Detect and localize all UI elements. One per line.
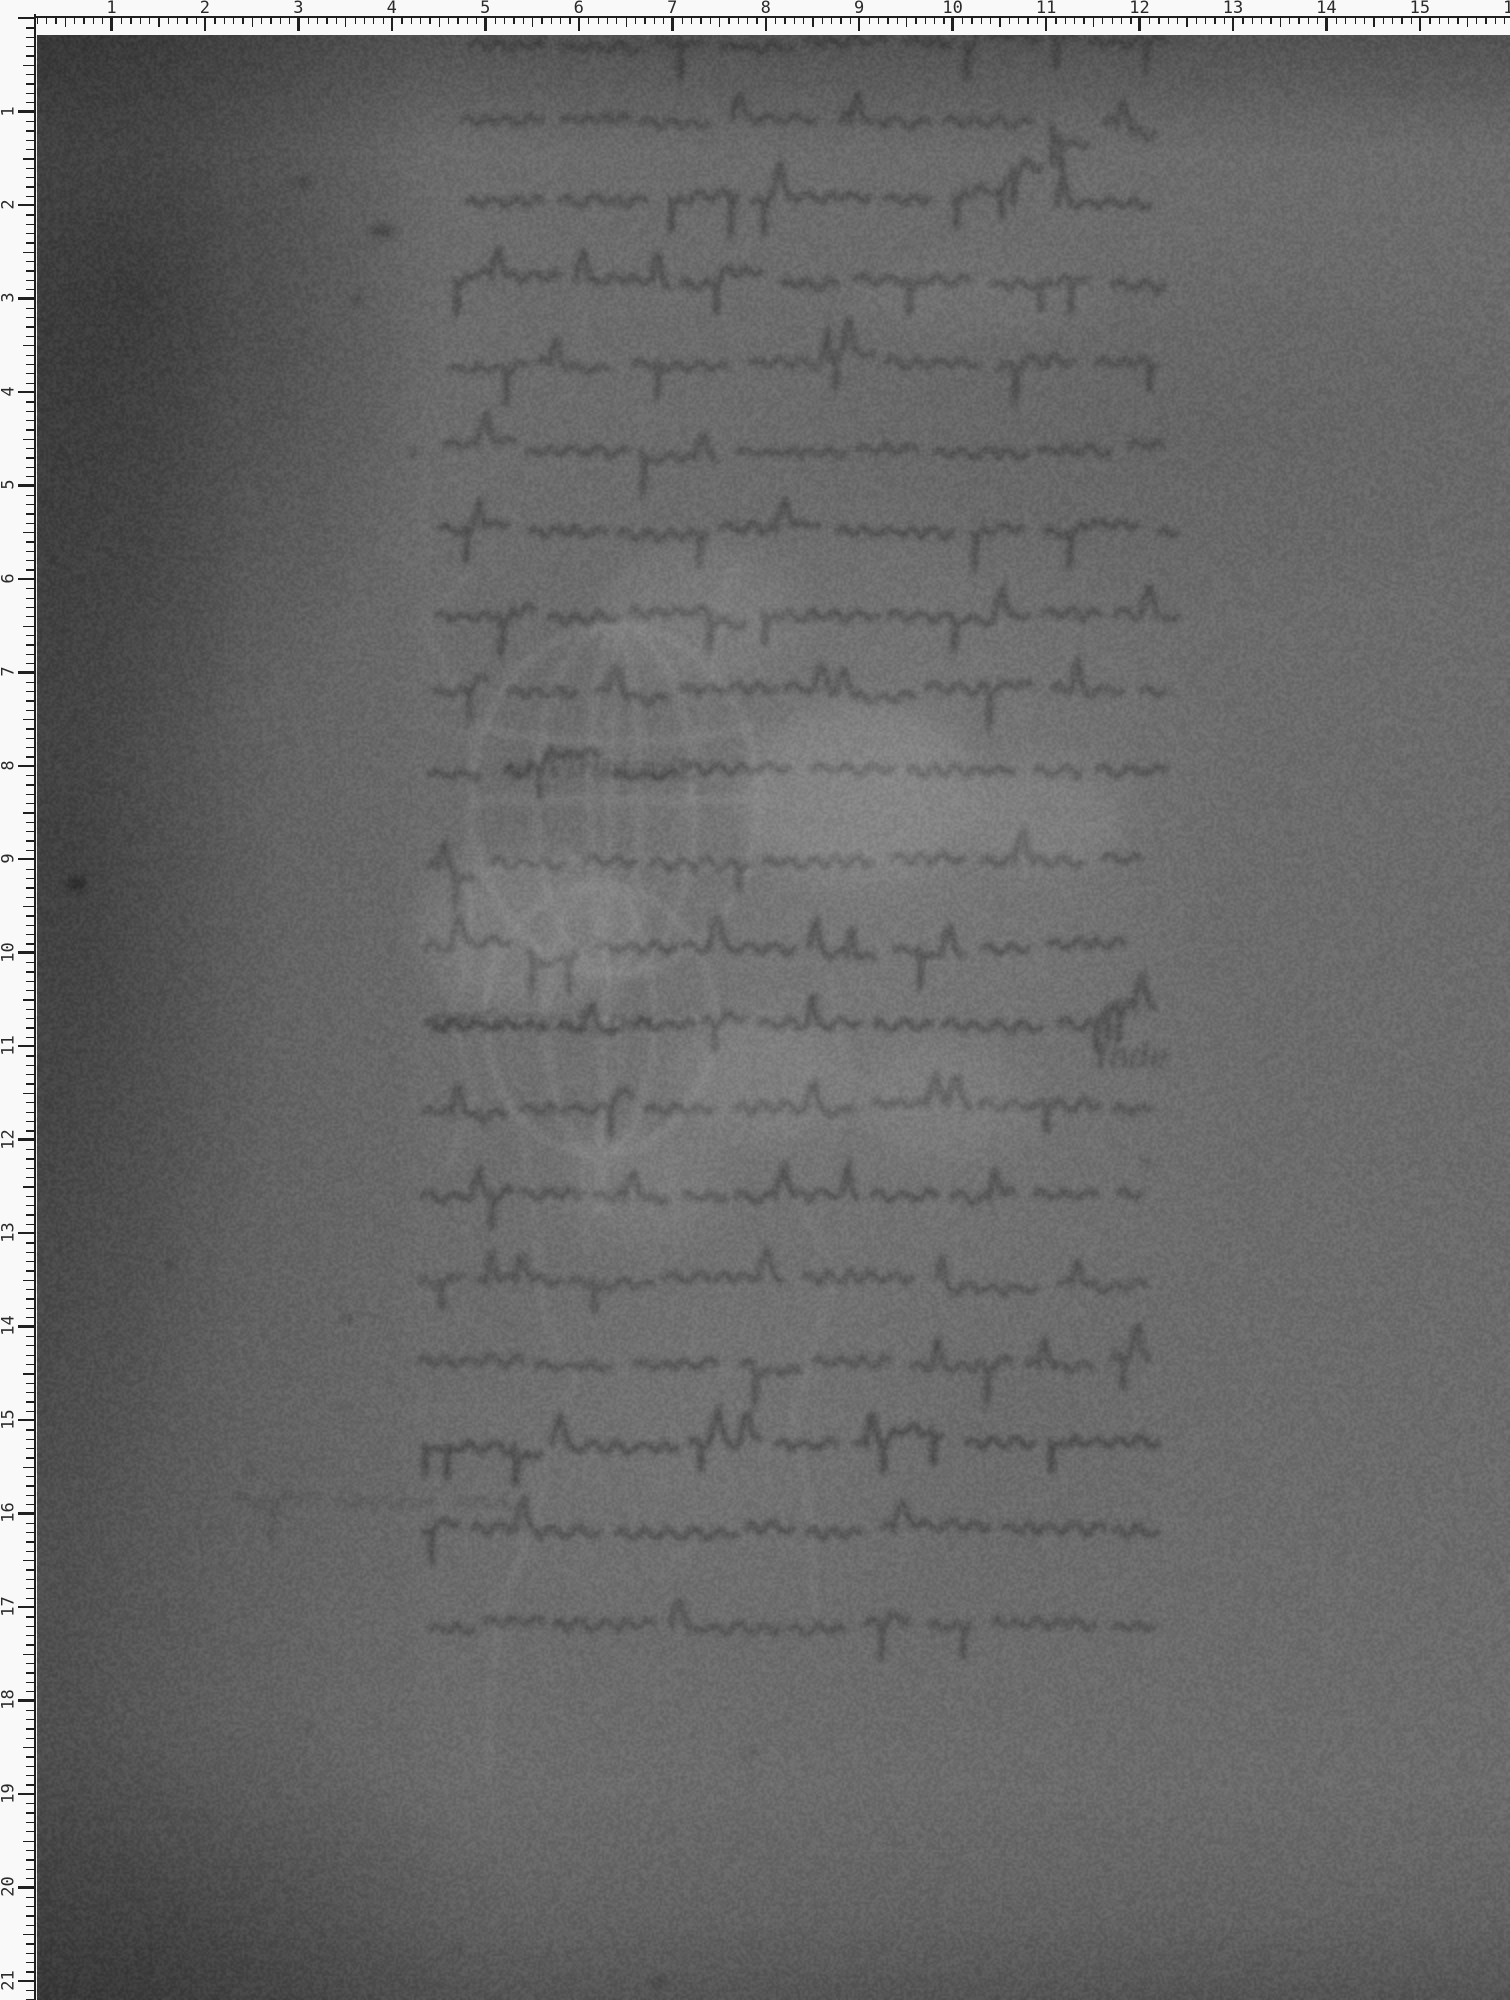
ruler-tick-mm [26, 1168, 34, 1169]
ruler-tick-mm [26, 1710, 34, 1711]
ruler-tick-mm [803, 16, 804, 24]
ruler-tick-mm [26, 270, 34, 271]
ruler-tick-mm [26, 1579, 34, 1580]
ruler-tick-mm [336, 16, 337, 24]
ruler-tick-cm [18, 1419, 34, 1422]
ruler-tick-mm [26, 196, 34, 197]
ruler-tick-cm [391, 16, 394, 31]
ruler-tick-mm [26, 644, 34, 645]
ruler-tick-mm [177, 16, 178, 24]
ruler-tick-mm [26, 1009, 34, 1010]
ruler-tick-mm [23, 906, 34, 907]
ruler-tick-mm [616, 16, 617, 24]
ruler-tick-mm [55, 16, 56, 24]
ruler-tick-cm [951, 16, 954, 31]
ruler-label: 16 [1, 1493, 18, 1533]
ruler-tick-mm [355, 16, 356, 24]
ruler-tick-mm [26, 74, 34, 75]
ruler-tick-mm [1252, 16, 1253, 24]
ruler-tick-mm [897, 16, 898, 24]
ruler-tick-cm [18, 1886, 34, 1889]
ruler-tick-mm [23, 1934, 34, 1935]
ruler-tick-mm [26, 1074, 34, 1075]
ruler-tick-mm [439, 16, 440, 27]
ruler-tick-mm [26, 364, 34, 365]
ruler-tick-mm [26, 504, 34, 505]
ruler-tick-mm [26, 1252, 34, 1253]
ruler-tick-mm [26, 1588, 34, 1589]
ruler-tick-mm [1280, 16, 1281, 27]
ruler-tick-mm [981, 16, 982, 24]
ruler-tick-mm [26, 1569, 34, 1570]
ruler-tick-mm [26, 1336, 34, 1337]
ruler-tick-mm [1093, 16, 1094, 27]
ruler-tick-mm [26, 569, 34, 570]
ruler-tick-mm [26, 990, 34, 991]
ruler-tick-mm [26, 1663, 34, 1664]
ruler-tick-mm [504, 16, 505, 24]
ruler-tick-mm [26, 336, 34, 337]
ruler-tick-mm [1158, 16, 1159, 24]
ruler-tick-mm [738, 16, 739, 24]
ruler-tick-mm [1467, 16, 1468, 27]
ruler-tick-mm [26, 317, 34, 318]
ruler-tick-cm [18, 1980, 34, 1983]
ruler-tick-mm [102, 16, 103, 24]
ruler-label: 2 [1, 184, 18, 224]
ruler-tick-mm [289, 16, 290, 24]
ruler-tick-mm [26, 214, 34, 215]
ruler-label: 2 [185, 0, 225, 17]
ruler-tick-mm [682, 16, 683, 24]
ruler-tick-mm [775, 16, 776, 24]
ruler-tick-cm [1325, 16, 1328, 31]
ruler-tick-cm [1138, 16, 1141, 31]
ruler-tick-mm [26, 289, 34, 290]
ruler-tick-cm [18, 110, 34, 113]
ruler-tick-cm [110, 16, 113, 31]
ruler-tick-mm [196, 16, 197, 24]
ruler-tick-mm [26, 1112, 34, 1113]
ruler-tick-mm [26, 1756, 34, 1757]
ruler-label: 16 [1493, 0, 1510, 17]
ruler-tick-mm [26, 840, 34, 841]
ruler-tick-mm [26, 186, 34, 187]
ruler-tick-mm [654, 16, 655, 24]
ruler-tick-mm [26, 869, 34, 870]
ruler-tick-cm [18, 858, 34, 861]
ruler-tick-mm [420, 16, 421, 24]
ruler-tick-mm [26, 1551, 34, 1552]
ruler-label: 4 [1, 371, 18, 411]
ruler-tick-mm [26, 1355, 34, 1356]
ruler-tick-mm [26, 1027, 34, 1028]
ruler-tick-mm [26, 1065, 34, 1066]
ruler-tick-mm [26, 1205, 34, 1206]
ruler-tick-mm [1168, 16, 1169, 24]
ruler-tick-cm [18, 1793, 34, 1796]
ruler-tick-mm [26, 1523, 34, 1524]
ruler-tick-mm [887, 16, 888, 24]
ruler-tick-mm [130, 16, 131, 24]
ruler-tick-cm [18, 204, 34, 207]
ruler-label: 6 [559, 0, 599, 17]
ruler-tick-mm [26, 1850, 34, 1851]
ruler-tick-mm [26, 429, 34, 430]
ruler-tick-mm [26, 1831, 34, 1832]
ruler-tick-mm [26, 1635, 34, 1636]
ruler-tick-cm [1419, 16, 1422, 31]
ruler-tick-cm [484, 16, 487, 31]
ruler-tick-mm [26, 654, 34, 655]
ruler-tick-mm [784, 16, 785, 24]
ruler-label: 4 [372, 0, 412, 17]
ruler-tick-mm [26, 46, 34, 47]
ruler-label: 13 [1213, 0, 1253, 17]
ruler-tick-mm [26, 551, 34, 552]
ruler-tick-mm [1439, 16, 1440, 24]
ruler-label: 5 [465, 0, 505, 17]
ruler-tick-mm [26, 1383, 34, 1384]
ruler-tick-mm [26, 1102, 34, 1103]
ruler-tick-mm [26, 1990, 34, 1991]
ruler-tick-mm [626, 16, 627, 27]
ruler-tick-mm [26, 831, 34, 832]
ruler-tick-mm [26, 971, 34, 972]
ruler-tick-mm [364, 16, 365, 24]
ruler-tick-mm [990, 16, 991, 24]
ruler-tick-mm [23, 626, 34, 627]
ruler-tick-mm [869, 16, 870, 24]
ruler-tick-mm [26, 513, 34, 514]
ruler-tick-mm [23, 439, 34, 440]
ruler-tick-cm [204, 16, 207, 31]
ruler-tick-mm [26, 401, 34, 402]
ruler-tick-mm [26, 523, 34, 524]
ruler-tick-mm [1205, 16, 1206, 24]
ruler-label: 10 [1, 932, 18, 972]
ruler-tick-mm [26, 1448, 34, 1449]
ruler-tick-mm [1083, 16, 1084, 24]
ruler-tick-mm [26, 747, 34, 748]
ruler-tick-mm [1355, 16, 1356, 24]
ruler-tick-cm [18, 1699, 34, 1702]
ruler-tick-mm [1074, 16, 1075, 24]
ruler-label: 1 [1, 91, 18, 131]
ruler-label: 14 [1, 1306, 18, 1346]
ruler-tick-mm [26, 794, 34, 795]
ruler-tick-mm [26, 1495, 34, 1496]
ruler-tick-mm [26, 1859, 34, 1860]
ruler-tick-mm [1364, 16, 1365, 24]
ruler-tick-mm [26, 616, 34, 617]
film-grain-texture [0, 0, 1510, 2000]
ruler-tick-mm [1196, 16, 1197, 24]
ruler-tick-mm [663, 16, 664, 24]
ruler-tick-mm [26, 1364, 34, 1365]
ruler-tick-mm [26, 934, 34, 935]
ruler-tick-mm [719, 16, 720, 27]
ruler-tick-mm [26, 130, 34, 131]
ruler-tick-mm [26, 1766, 34, 1767]
ruler-tick-mm [26, 560, 34, 561]
ruler-tick-mm [224, 16, 225, 24]
ruler-tick-mm [457, 16, 458, 24]
ruler-tick-mm [1308, 16, 1309, 24]
ruler-tick-mm [635, 16, 636, 24]
ruler-tick-mm [26, 1224, 34, 1225]
ruler-tick-mm [26, 448, 34, 449]
ruler-tick-mm [26, 1682, 34, 1683]
ruler-tick-mm [26, 607, 34, 608]
ruler-tick-mm [1270, 16, 1271, 24]
ruler-tick-mm [495, 16, 496, 24]
ruler-tick-mm [26, 738, 34, 739]
ruler-tick-mm [83, 16, 84, 24]
ruler-tick-mm [26, 1812, 34, 1813]
ruler-label: 11 [1, 1026, 18, 1066]
ruler-tick-mm [23, 158, 34, 159]
ruler-tick-cm [18, 951, 34, 954]
ruler-tick-mm [906, 16, 907, 27]
ruler-tick-mm [26, 775, 34, 776]
ruler-tick-mm [252, 16, 253, 27]
ruler-tick-mm [728, 16, 729, 24]
ruler-tick-mm [140, 16, 141, 24]
ruler-tick-mm [26, 261, 34, 262]
ruler-tick-cm [18, 391, 34, 394]
ruler-tick-mm [26, 1626, 34, 1627]
ruler-tick-mm [26, 1897, 34, 1898]
ruler-tick-mm [270, 16, 271, 24]
ruler-tick-mm [1495, 16, 1496, 24]
ruler-tick-mm [26, 1261, 34, 1262]
ruler-label: 3 [278, 0, 318, 17]
ruler-tick-mm [840, 16, 841, 24]
ruler-tick-cm [1232, 16, 1235, 31]
ruler-tick-mm [23, 999, 34, 1000]
ruler-tick-mm [26, 1345, 34, 1346]
ruler-tick-mm [26, 1308, 34, 1309]
ruler-tick-mm [168, 16, 169, 24]
ruler-tick-mm [26, 308, 34, 309]
ruler-tick-mm [23, 1467, 34, 1468]
ruler-tick-mm [23, 1841, 34, 1842]
ruler-tick-mm [523, 16, 524, 24]
ruler-tick-mm [23, 1186, 34, 1187]
ruler-tick-mm [1027, 16, 1028, 24]
ruler-tick-mm [23, 1373, 34, 1374]
ruler-tick-mm [326, 16, 327, 24]
ruler-tick-mm [383, 16, 384, 24]
ruler-tick-mm [26, 1121, 34, 1122]
ruler-tick-mm [1102, 16, 1103, 24]
ruler-tick-mm [26, 1158, 34, 1159]
ruler-tick-mm [37, 16, 38, 24]
ruler-label: 19 [1, 1773, 18, 1813]
ruler-tick-mm [186, 16, 187, 24]
ruler-tick-mm [26, 373, 34, 374]
ruler-tick-mm [26, 878, 34, 879]
ruler-tick-mm [261, 16, 262, 24]
ruler-tick-cm [18, 765, 34, 768]
ruler-tick-mm [26, 700, 34, 701]
ruler-label: 9 [1, 839, 18, 879]
ruler-tick-mm [242, 16, 243, 24]
ruler-tick-mm [23, 719, 34, 720]
ruler-label: 12 [1, 1119, 18, 1159]
ruler-tick-cm [18, 484, 34, 487]
ruler-tick-mm [26, 1962, 34, 1963]
ruler-tick-mm [26, 1822, 34, 1823]
ruler-tick-mm [26, 981, 34, 982]
ruler-label: 15 [1400, 0, 1440, 17]
ruler-tick-cm [18, 578, 34, 581]
ruler-tick-mm [467, 16, 468, 24]
ruler-tick-mm [925, 16, 926, 24]
ruler-tick-mm [26, 756, 34, 757]
ruler-tick-mm [1373, 16, 1374, 27]
ruler-tick-mm [756, 16, 757, 24]
ruler-tick-mm [26, 467, 34, 468]
ruler-tick-mm [26, 1270, 34, 1271]
ruler-tick-mm [26, 588, 34, 589]
ruler-tick-mm [971, 16, 972, 24]
ruler-label: 7 [652, 0, 692, 17]
ruler-label: 8 [746, 0, 786, 17]
ruler-tick-mm [401, 16, 402, 24]
ruler-tick-mm [26, 37, 34, 38]
ruler-tick-mm [26, 1784, 34, 1785]
ruler-label: 20 [1, 1867, 18, 1907]
ruler-tick-mm [26, 121, 34, 122]
left-ruler-cm: 123456789101112131415161718192021 [0, 0, 36, 2000]
ruler-tick-mm [26, 1196, 34, 1197]
ruler-tick-mm [26, 897, 34, 898]
ruler-tick-mm [26, 1691, 34, 1692]
ruler-tick-mm [26, 784, 34, 785]
ruler-tick-mm [1476, 16, 1477, 24]
ruler-tick-cm [18, 1232, 34, 1235]
ruler-tick-mm [26, 1055, 34, 1056]
ruler-tick-mm [26, 1878, 34, 1879]
ruler-label: 10 [933, 0, 973, 17]
ruler-tick-mm [74, 16, 75, 24]
ruler-tick-mm [23, 1280, 34, 1281]
ruler-tick-mm [26, 326, 34, 327]
ruler-tick-cm [18, 1045, 34, 1048]
ruler-tick-mm [26, 925, 34, 926]
ruler-tick-mm [26, 457, 34, 458]
ruler-tick-mm [26, 541, 34, 542]
ruler-tick-mm [214, 16, 215, 24]
ruler-tick-mm [23, 1560, 34, 1561]
ruler-tick-cm [765, 16, 768, 31]
ruler-tick-mm [158, 16, 159, 27]
ruler-tick-mm [822, 16, 823, 24]
ruler-label: 12 [1120, 0, 1160, 17]
ruler-tick-mm [26, 1644, 34, 1645]
ruler-tick-mm [26, 476, 34, 477]
ruler-tick-mm [551, 16, 552, 24]
ruler-tick-mm [794, 16, 795, 24]
ruler-tick-mm [26, 177, 34, 178]
ruler-tick-cm [858, 16, 861, 31]
ruler-tick-cm [578, 16, 581, 31]
ruler-tick-mm [26, 1457, 34, 1458]
ruler-tick-mm [65, 16, 66, 27]
manuscript-scan: ut Viriniquit,perferrent, perInde 012345… [0, 0, 1510, 2000]
ruler-tick-mm [46, 16, 47, 24]
ruler-tick-mm [1401, 16, 1402, 24]
ruler-tick-mm [373, 16, 374, 24]
ruler-tick-mm [26, 1130, 34, 1131]
ruler-tick-mm [1298, 16, 1299, 24]
ruler-tick-mm [878, 16, 879, 24]
ruler-tick-mm [569, 16, 570, 24]
ruler-tick-mm [23, 1093, 34, 1094]
ruler-label: 15 [1, 1399, 18, 1439]
ruler-tick-mm [26, 102, 34, 103]
ruler-tick-mm [1177, 16, 1178, 24]
ruler-tick-mm [26, 1672, 34, 1673]
ruler-tick-mm [934, 16, 935, 24]
ruler-label: 13 [1, 1213, 18, 1253]
ruler-tick-cm [18, 297, 34, 300]
ruler-tick-mm [700, 16, 701, 24]
ruler-tick-mm [23, 252, 34, 253]
ruler-tick-mm [26, 962, 34, 963]
ruler-baseline [34, 14, 36, 2000]
ruler-tick-mm [26, 1289, 34, 1290]
ruler-tick-cm [297, 16, 300, 31]
ruler-tick-mm [26, 1719, 34, 1720]
ruler-tick-mm [26, 943, 34, 944]
ruler-tick-mm [598, 16, 599, 24]
ruler-tick-mm [476, 16, 477, 24]
ruler-tick-mm [26, 1971, 34, 1972]
ruler-label: 14 [1306, 0, 1346, 17]
ruler-tick-mm [26, 1401, 34, 1402]
ruler-tick-mm [26, 280, 34, 281]
ruler-tick-mm [345, 16, 346, 27]
ruler-tick-mm [26, 83, 34, 84]
ruler-tick-mm [915, 16, 916, 24]
ruler-label: 17 [1, 1586, 18, 1626]
ruler-tick-mm [26, 1242, 34, 1243]
ruler-tick-mm [448, 16, 449, 24]
ruler-tick-mm [1121, 16, 1122, 24]
ruler-label: 5 [1, 465, 18, 505]
ruler-tick-mm [26, 1953, 34, 1954]
ruler-tick-mm [26, 1616, 34, 1617]
ruler-tick-mm [710, 16, 711, 24]
ruler-tick-mm [26, 140, 34, 141]
ruler-tick-mm [411, 16, 412, 24]
ruler-tick-mm [26, 1429, 34, 1430]
ruler-label: 21 [1, 1960, 18, 2000]
ruler-tick-mm [26, 1083, 34, 1084]
ruler-label: 9 [839, 0, 879, 17]
ruler-tick-cm [18, 17, 34, 20]
ruler-label: 11 [1026, 0, 1066, 17]
ruler-tick-mm [26, 1485, 34, 1486]
ruler-tick-mm [26, 1803, 34, 1804]
ruler-tick-mm [233, 16, 234, 24]
ruler-tick-mm [26, 1018, 34, 1019]
ruler-tick-mm [23, 812, 34, 813]
ruler-tick-mm [26, 1392, 34, 1393]
